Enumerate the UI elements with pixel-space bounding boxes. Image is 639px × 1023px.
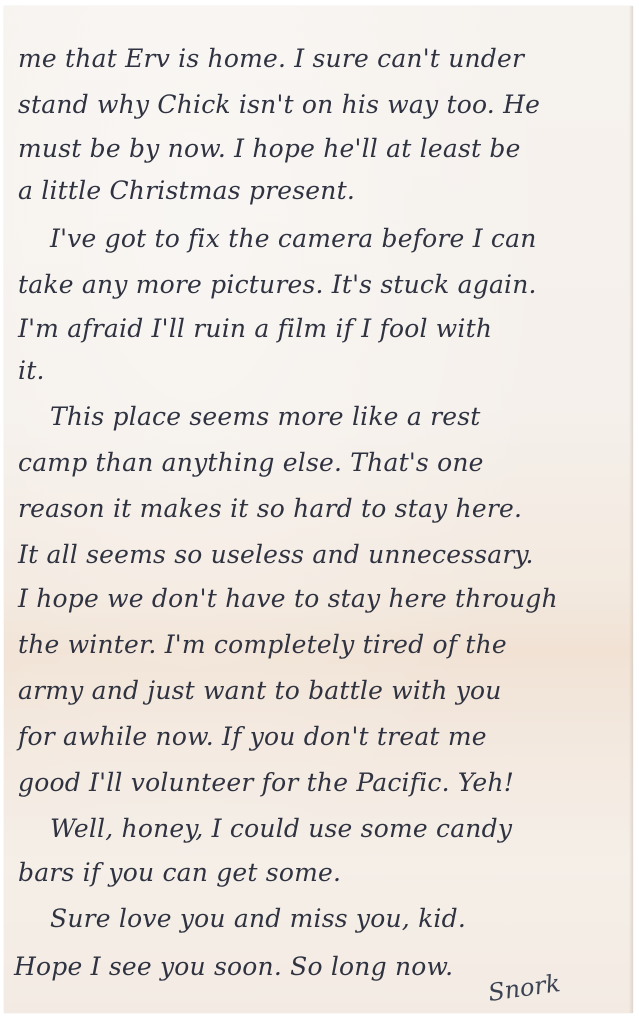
signature: Snork — [486, 969, 562, 1007]
letter-line-7: I'm afraid I'll ruin a film if I fool wi… — [18, 314, 492, 343]
letter-line-8: it. — [18, 356, 45, 385]
letter-line-13: I hope we don't have to stay here throug… — [18, 584, 558, 613]
letter-line-11: reason it makes it so hard to stay here. — [18, 494, 522, 523]
letter-line-12: It all seems so useless and unnecessary. — [18, 540, 534, 569]
letter-line-16: for awhile now. If you don't treat me — [18, 722, 487, 751]
letter-line-18: Well, honey, I could use some candy — [22, 814, 512, 843]
letter-line-2: stand why Chick isn't on his way too. He — [18, 90, 540, 119]
letter-line-10: camp than anything else. That's one — [18, 448, 484, 477]
letter-line-6: take any more pictures. It's stuck again… — [18, 270, 537, 299]
letter-page: me that Erv is home. I sure can't under … — [4, 6, 633, 1013]
letter-line-9: This place seems more like a rest — [22, 402, 481, 431]
letter-line-21: Hope I see you soon. So long now. — [14, 952, 453, 981]
letter-line-17: good I'll volunteer for the Pacific. Yeh… — [18, 768, 514, 797]
letter-line-20: Sure love you and miss you, kid. — [22, 904, 466, 933]
letter-line-1: me that Erv is home. I sure can't under — [18, 44, 524, 73]
letter-line-5: I've got to fix the camera before I can — [22, 224, 537, 253]
letter-line-19: bars if you can get some. — [18, 858, 341, 887]
letter-line-14: the winter. I'm completely tired of the — [18, 630, 507, 659]
letter-line-3: must be by now. I hope he'll at least be — [18, 134, 521, 163]
letter-line-15: army and just want to battle with you — [18, 676, 502, 705]
letter-line-4: a little Christmas present. — [18, 176, 355, 205]
